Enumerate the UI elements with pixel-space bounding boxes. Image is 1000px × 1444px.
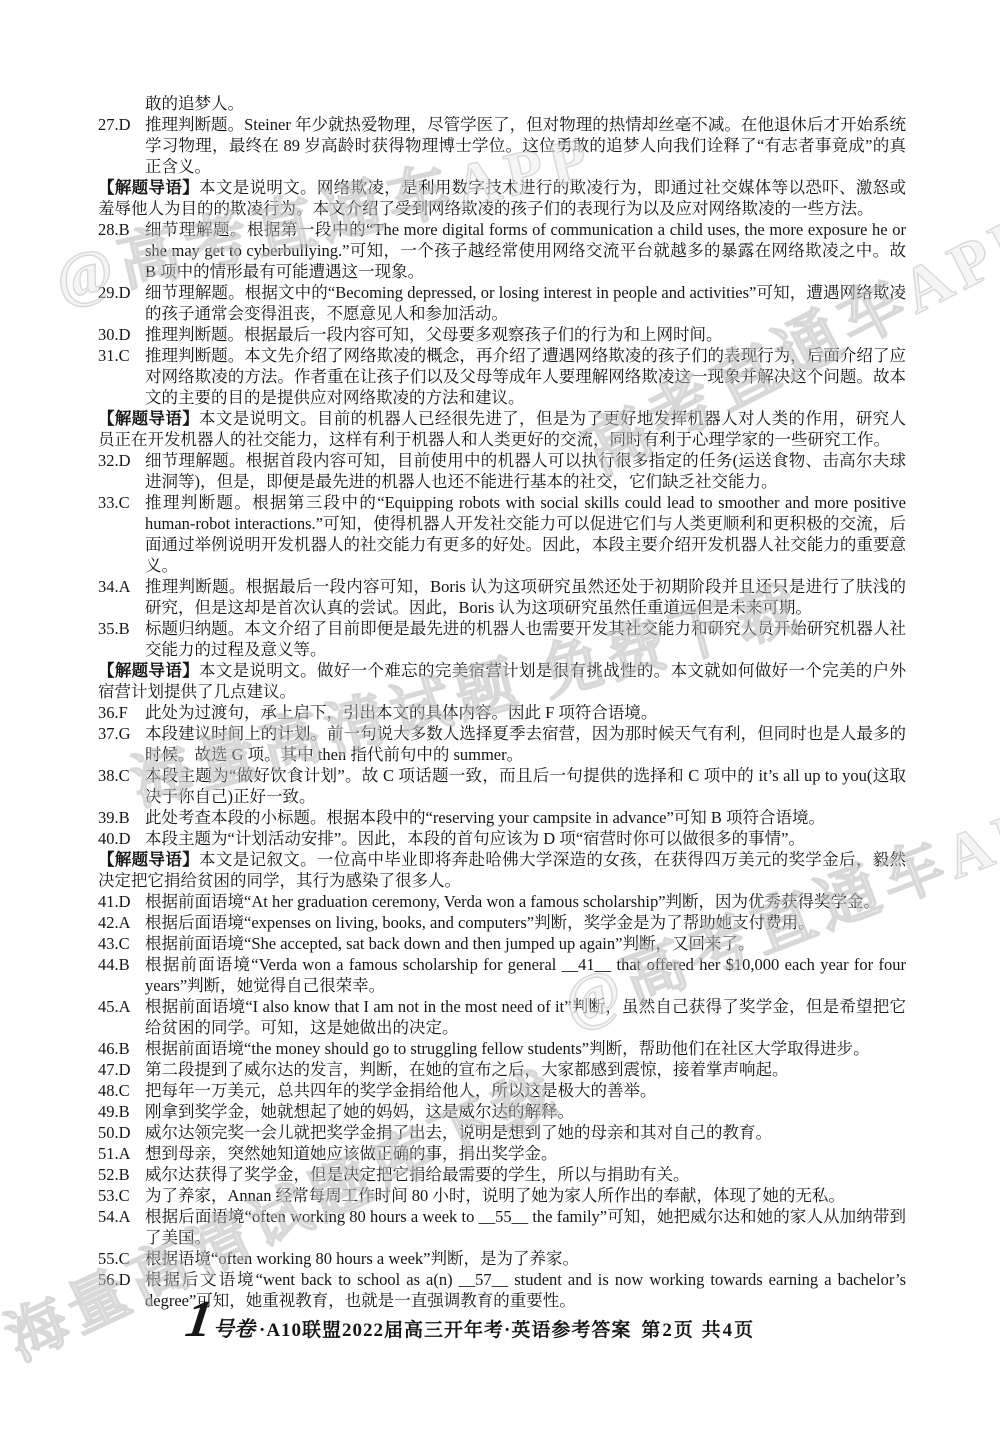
answer-item: 54.A根据后面语境“often working 80 hours a week… — [98, 1206, 906, 1248]
guide-item: 【解题导语】本文是说明文。目前的机器人已经很先进了，但是为了更好地发挥机器人对人… — [98, 408, 906, 450]
item-label: 27.D — [98, 114, 145, 177]
item-label: 35.B — [98, 618, 145, 660]
answer-item: 31.C推理判断题。本文先介绍了网络欺凌的概念，再介绍了遭遇网络欺凌的孩子们的表… — [98, 345, 906, 408]
item-label: 45.A — [98, 996, 145, 1038]
item-label: 40.D — [98, 828, 145, 849]
item-label: 42.A — [98, 912, 145, 933]
item-label: 56.D — [98, 1269, 145, 1311]
item-text: 威尔达领完奖一会儿就把奖学金捐了出去，说明是想到了她的母亲和其对自己的教育。 — [145, 1122, 906, 1143]
item-text: 本文是说明文。做好一个难忘的完美宿营计划是很有挑战性的。本文就如何做好一个完美的… — [98, 661, 906, 701]
item-text: 刚拿到奖学金，她就想起了她的妈妈，这是威尔达的解释。 — [145, 1101, 906, 1122]
footer-volume-label: 号卷 — [213, 1313, 255, 1343]
answer-item: 29.D细节理解题。根据文中的“Becoming depressed, or l… — [98, 282, 906, 324]
item-label: 39.B — [98, 807, 145, 828]
answer-item: 45.A根据前面语境“I also know that I am not in … — [98, 996, 906, 1038]
item-text: 推理判断题。根据最后一段内容可知，Boris 认为这项研究虽然还处于初期阶段并且… — [145, 576, 906, 618]
item-text: 本段主题为“做好饮食计划”。故 C 项话题一致，而且后一句提供的选择和 C 项中… — [145, 765, 906, 807]
item-text: 根据后面语境“expenses on living, books, and co… — [145, 912, 906, 933]
answer-item: 49.B刚拿到奖学金，她就想起了她的妈妈，这是威尔达的解释。 — [98, 1101, 906, 1122]
item-label: 52.B — [98, 1164, 145, 1185]
item-text: 此处考查本段的小标题。根据本段中的“reserving your campsit… — [145, 807, 906, 828]
answer-item: 34.A推理判断题。根据最后一段内容可知，Boris 认为这项研究虽然还处于初期… — [98, 576, 906, 618]
item-text: 推理判断题。根据最后一段内容可知，父母要多观察孩子们的行为和上网时间。 — [145, 324, 906, 345]
item-label: 48.C — [98, 1080, 145, 1101]
item-text: 根据前面语境“I also know that I am not in the … — [145, 996, 906, 1038]
item-text: 威尔达获得了奖学金，但是决定把它捐给最需要的学生，所以与捐助有关。 — [145, 1164, 906, 1185]
answer-item: 32.D细节理解题。根据首段内容可知，目前使用中的机器人可以执行很多指定的任务(… — [98, 450, 906, 492]
item-label: 54.A — [98, 1206, 145, 1248]
item-text: 根据前面语境“Verda won a famous scholarship fo… — [145, 954, 906, 996]
item-label: 【解题导语】 — [98, 661, 199, 680]
answer-item: 47.D第二段提到了威尔达的发言，判断，在她的宣布之后，大家都感到震惊，接着掌声… — [98, 1059, 906, 1080]
item-label: 36.F — [98, 702, 145, 723]
answer-item: 48.C把每年一万美元，总共四年的奖学金捐给他人，所以这是极大的善举。 — [98, 1080, 906, 1101]
answer-item: 51.A想到母亲，突然她知道她应该做正确的事，捐出奖学金。 — [98, 1143, 906, 1164]
answer-item: 52.B威尔达获得了奖学金，但是决定把它捐给最需要的学生，所以与捐助有关。 — [98, 1164, 906, 1185]
answer-item: 41.D根据前面语境“At her graduation ceremony, V… — [98, 891, 906, 912]
item-label: 46.B — [98, 1038, 145, 1059]
item-text: 根据前面语境“At her graduation ceremony, Verda… — [145, 891, 906, 912]
item-label: 32.D — [98, 450, 145, 492]
answer-item: 44.B根据前面语境“Verda won a famous scholarshi… — [98, 954, 906, 996]
item-text: 推理判断题。本文先介绍了网络欺凌的概念，再介绍了遭遇网络欺凌的孩子们的表现行为，… — [145, 345, 906, 408]
answer-item: 50.D威尔达领完奖一会儿就把奖学金捐了出去，说明是想到了她的母亲和其对自己的教… — [98, 1122, 906, 1143]
item-text: 根据语境“often working 80 hours a week”判断，是为… — [145, 1248, 906, 1269]
answer-item: 37.G本段建议时间上的计划。前一句说大多数人选择夏季去宿营，因为那时候天气有利… — [98, 723, 906, 765]
answer-item: 42.A根据后面语境“expenses on living, books, an… — [98, 912, 906, 933]
footer-title: ·A10联盟2022届高三开年考·英语参考答案 — [259, 1315, 631, 1342]
answer-item: 38.C本段主题为“做好饮食计划”。故 C 项话题一致，而且后一句提供的选择和 … — [98, 765, 906, 807]
item-text: 为了养家，Annan 经常每周工作时间 80 小时，说明了她为家人所作出的奉献，… — [145, 1185, 906, 1206]
item-label: 【解题导语】 — [98, 409, 199, 428]
answer-item: 40.D本段主题为“计划活动安排”。因此，本段的首句应该为 D 项“宿营时你可以… — [98, 828, 906, 849]
item-label: 49.B — [98, 1101, 145, 1122]
guide-item: 【解题导语】本文是记叙文。一位高中毕业即将奔赴哈佛大学深造的女孩，在获得四万美元… — [98, 849, 906, 891]
answer-item: 27.D推理判断题。Steiner 年少就热爱物理，尽管学医了，但对物理的热情却… — [98, 114, 906, 177]
item-text: 根据前面语境“the money should go to struggling… — [145, 1038, 906, 1059]
continuation-item: 敢的追梦人。 — [98, 93, 906, 114]
item-label: 44.B — [98, 954, 145, 996]
answer-item: 53.C为了养家，Annan 经常每周工作时间 80 小时，说明了她为家人所作出… — [98, 1185, 906, 1206]
item-text: 细节理解题。根据文中的“Becoming depressed, or losin… — [145, 282, 906, 324]
item-text: 标题归纳题。本文介绍了目前即便是最先进的机器人也需要开发其社交能力和研究人员开始… — [145, 618, 906, 660]
item-label: 【解题导语】 — [98, 178, 199, 197]
item-label: 53.C — [98, 1185, 145, 1206]
item-label: 34.A — [98, 576, 145, 618]
page-footer: 1 号卷 ·A10联盟2022届高三开年考·英语参考答案 第2页 共4页 — [186, 1300, 755, 1343]
item-label: 38.C — [98, 765, 145, 807]
answer-item: 28.B细节理解题。根据第一段中的“The more digital forms… — [98, 219, 906, 282]
item-label: 51.A — [98, 1143, 145, 1164]
item-label: 33.C — [98, 492, 145, 576]
answer-item: 43.C根据前面语境“She accepted, sat back down a… — [98, 933, 906, 954]
item-text: 推理判断题。根据第三段中的“Equipping robots with soci… — [145, 492, 906, 576]
footer-volume-number: 1 — [183, 1300, 215, 1340]
item-text: 根据前面语境“She accepted, sat back down and t… — [145, 933, 906, 954]
item-label: 30.D — [98, 324, 145, 345]
answer-item: 30.D推理判断题。根据最后一段内容可知，父母要多观察孩子们的行为和上网时间。 — [98, 324, 906, 345]
item-label: 【解题导语】 — [98, 850, 199, 869]
item-text: 本段建议时间上的计划。前一句说大多数人选择夏季去宿营，因为那时候天气有利，但同时… — [145, 723, 906, 765]
footer-page-info: 第2页 共4页 — [641, 1315, 755, 1342]
item-text: 本段主题为“计划活动安排”。因此，本段的首句应该为 D 项“宿营时你可以做很多的… — [145, 828, 906, 849]
answer-item: 35.B标题归纳题。本文介绍了目前即便是最先进的机器人也需要开发其社交能力和研究… — [98, 618, 906, 660]
item-text: 本文是说明文。目前的机器人已经很先进了，但是为了更好地发挥机器人对人类的作用，研… — [98, 409, 906, 449]
item-text: 细节理解题。根据第一段中的“The more digital forms of … — [145, 219, 906, 282]
item-label: 41.D — [98, 891, 145, 912]
item-text: 本文是说明文。网络欺凌，是利用数字技术进行的欺凌行为，即通过社交媒体等以恐吓、激… — [98, 178, 906, 218]
answer-list: 敢的追梦人。27.D推理判断题。Steiner 年少就热爱物理，尽管学医了，但对… — [98, 93, 906, 1311]
guide-item: 【解题导语】本文是说明文。做好一个难忘的完美宿营计划是很有挑战性的。本文就如何做… — [98, 660, 906, 702]
item-text: 此处为过渡句，承上启下，引出本文的具体内容。因此 F 项符合语境。 — [145, 702, 906, 723]
item-label: 29.D — [98, 282, 145, 324]
answer-item: 36.F此处为过渡句，承上启下，引出本文的具体内容。因此 F 项符合语境。 — [98, 702, 906, 723]
answer-item: 55.C根据语境“often working 80 hours a week”判… — [98, 1248, 906, 1269]
guide-item: 【解题导语】本文是说明文。网络欺凌，是利用数字技术进行的欺凌行为，即通过社交媒体… — [98, 177, 906, 219]
answer-item: 33.C推理判断题。根据第三段中的“Equipping robots with … — [98, 492, 906, 576]
item-text: 推理判断题。Steiner 年少就热爱物理，尽管学医了，但对物理的热情却丝毫不减… — [145, 114, 906, 177]
item-label: 47.D — [98, 1059, 145, 1080]
answer-item: 39.B此处考查本段的小标题。根据本段中的“reserving your cam… — [98, 807, 906, 828]
item-text: 敢的追梦人。 — [145, 94, 244, 113]
item-label: 43.C — [98, 933, 145, 954]
answer-item: 46.B根据前面语境“the money should go to strugg… — [98, 1038, 906, 1059]
item-text: 细节理解题。根据首段内容可知，目前使用中的机器人可以执行很多指定的任务(运送食物… — [145, 450, 906, 492]
item-text: 根据后面语境“often working 80 hours a week to … — [145, 1206, 906, 1248]
item-label: 28.B — [98, 219, 145, 282]
item-label: 31.C — [98, 345, 145, 408]
item-label: 55.C — [98, 1248, 145, 1269]
item-label: 37.G — [98, 723, 145, 765]
item-text: 本文是记叙文。一位高中毕业即将奔赴哈佛大学深造的女孩，在获得四万美元的奖学金后，… — [98, 850, 906, 890]
item-text: 把每年一万美元，总共四年的奖学金捐给他人，所以这是极大的善举。 — [145, 1080, 906, 1101]
item-text: 想到母亲，突然她知道她应该做正确的事，捐出奖学金。 — [145, 1143, 906, 1164]
item-text: 第二段提到了威尔达的发言，判断，在她的宣布之后，大家都感到震惊，接着掌声响起。 — [145, 1059, 906, 1080]
item-label: 50.D — [98, 1122, 145, 1143]
